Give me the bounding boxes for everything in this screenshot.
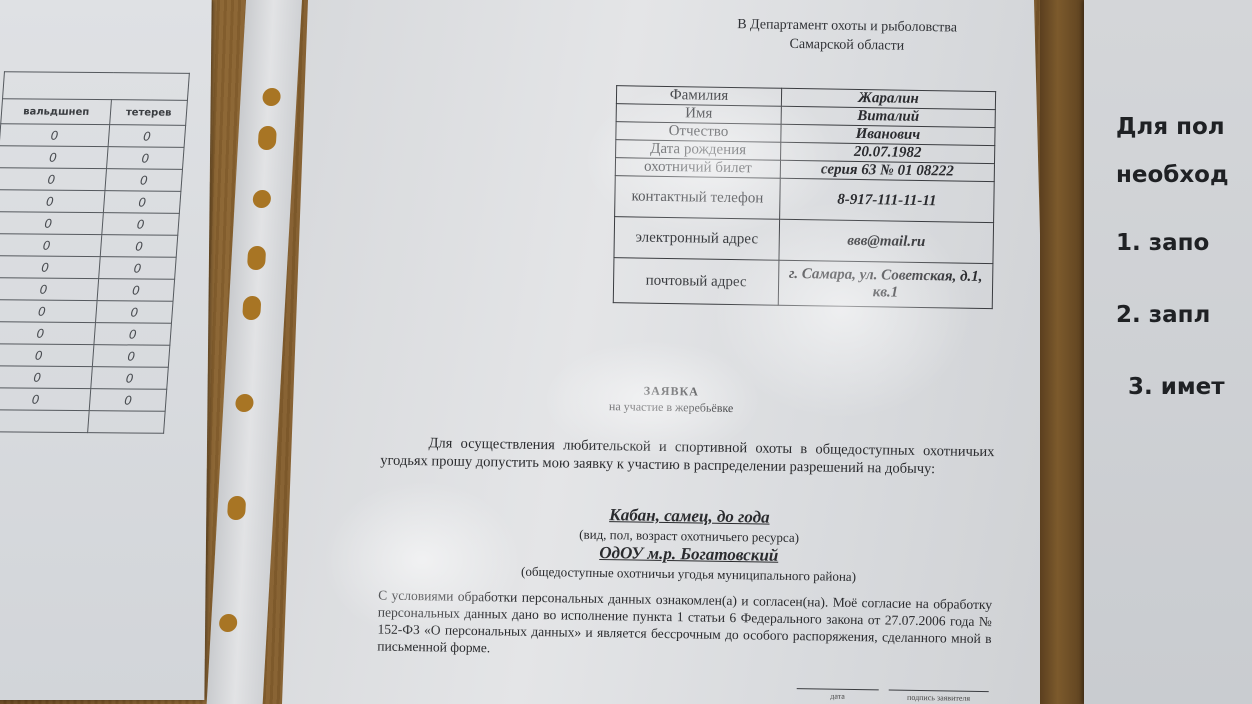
signature-caption: подпись заявителя <box>889 693 989 704</box>
punch-hole <box>227 496 246 520</box>
right-instructions-poster: Для пол необход 1. запо 2. запл 3. имет <box>1084 0 1252 704</box>
table-row: 00 <box>0 124 186 148</box>
punch-hole <box>235 394 254 412</box>
left-results-sheet: вальдшнеп тетерев 0000000000000000000000… <box>0 0 212 700</box>
table-cell: 0 <box>0 278 99 301</box>
poster-line: 2. запл <box>1116 302 1210 328</box>
results-table: вальдшнеп тетерев 0000000000000000000000… <box>0 71 190 434</box>
table-row: 00 <box>0 388 167 412</box>
table-cell: 0 <box>0 300 97 323</box>
table-cell <box>88 411 165 434</box>
table-row: 00 <box>0 168 182 192</box>
field-label: электронный адрес <box>614 217 780 261</box>
poster-line: 1. запо <box>1116 230 1209 256</box>
table-cell: 0 <box>102 213 179 236</box>
recipient-block: В Департамент охоты и рыболовства Самарс… <box>667 14 1028 58</box>
table-row: 00 <box>0 256 176 280</box>
table-cell: 0 <box>0 256 101 279</box>
application-document: В Департамент охоты и рыболовства Самарс… <box>282 0 1052 704</box>
table-cell: 0 <box>93 345 170 368</box>
table-cell: 0 <box>94 323 171 346</box>
punch-hole <box>252 190 271 208</box>
table-cell: 0 <box>0 212 104 235</box>
poster-line: Для пол <box>1116 114 1225 140</box>
table-cell: 0 <box>0 388 91 411</box>
table-cell: 0 <box>0 124 110 147</box>
table-row: 00 <box>0 190 181 214</box>
table-cell: 0 <box>105 169 182 192</box>
table-cell: 0 <box>0 234 102 257</box>
poster-line: 3. имет <box>1128 374 1225 400</box>
table-cell: 0 <box>91 367 168 390</box>
punch-hole <box>242 296 261 320</box>
table-cell: 0 <box>101 235 178 258</box>
date-caption: дата <box>797 691 879 701</box>
punch-hole <box>258 126 277 150</box>
date-line <box>797 688 879 690</box>
table-cell: 0 <box>0 146 108 169</box>
field-label: почтовый адрес <box>613 258 779 306</box>
punch-hole <box>247 246 266 270</box>
table-row: 00 <box>0 366 168 390</box>
applicant-row: почтовый адресг. Самара, ул. Советская, … <box>613 258 993 309</box>
table-cell: 0 <box>107 147 184 170</box>
table-row: 00 <box>0 278 175 302</box>
table-cell: 0 <box>0 322 96 345</box>
table-cell: 0 <box>0 344 94 367</box>
table-cell: 0 <box>99 257 176 280</box>
table-row: 00 <box>0 234 178 258</box>
field-value: г. Самара, ул. Советская, д.1, кв.1 <box>778 260 993 308</box>
table-cell: 0 <box>108 125 185 148</box>
column-header: вальдшнеп <box>1 99 112 125</box>
field-value: 8-917-111-11-11 <box>780 178 995 222</box>
table-cell: 0 <box>0 168 107 191</box>
applicant-info-table: ФамилияЖаралинИмяВиталийОтчествоИванович… <box>613 85 996 309</box>
table-row: 00 <box>0 146 184 170</box>
applicant-row: контактный телефон8-917-111-11-11 <box>615 176 995 223</box>
table-row <box>0 410 165 434</box>
table-row: 00 <box>0 212 179 236</box>
field-label: контактный телефон <box>615 176 781 220</box>
table-row: 00 <box>0 344 170 368</box>
punch-hole <box>262 88 281 106</box>
table-row: 00 <box>0 322 171 346</box>
punch-hole <box>219 614 238 632</box>
table-cell: 0 <box>104 191 181 214</box>
request-text: Для осуществления любительской и спортив… <box>380 434 994 480</box>
signature-line <box>889 690 989 693</box>
table-row: 00 <box>0 300 173 324</box>
applicant-row: электронный адресввв@mail.ru <box>614 217 994 264</box>
table-cell: 0 <box>89 389 166 412</box>
table-cell: 0 <box>96 301 173 324</box>
consent-text: С условиями обработки персональных данны… <box>377 586 992 664</box>
poster-line: необход <box>1116 162 1229 188</box>
table-cell <box>0 410 89 433</box>
column-header: тетерев <box>110 100 187 126</box>
wooden-frame-bar <box>1040 0 1084 704</box>
field-value: ввв@mail.ru <box>779 219 994 263</box>
table-cell: 0 <box>0 366 93 389</box>
table-cell: 0 <box>0 190 105 213</box>
table-cell: 0 <box>97 279 174 302</box>
